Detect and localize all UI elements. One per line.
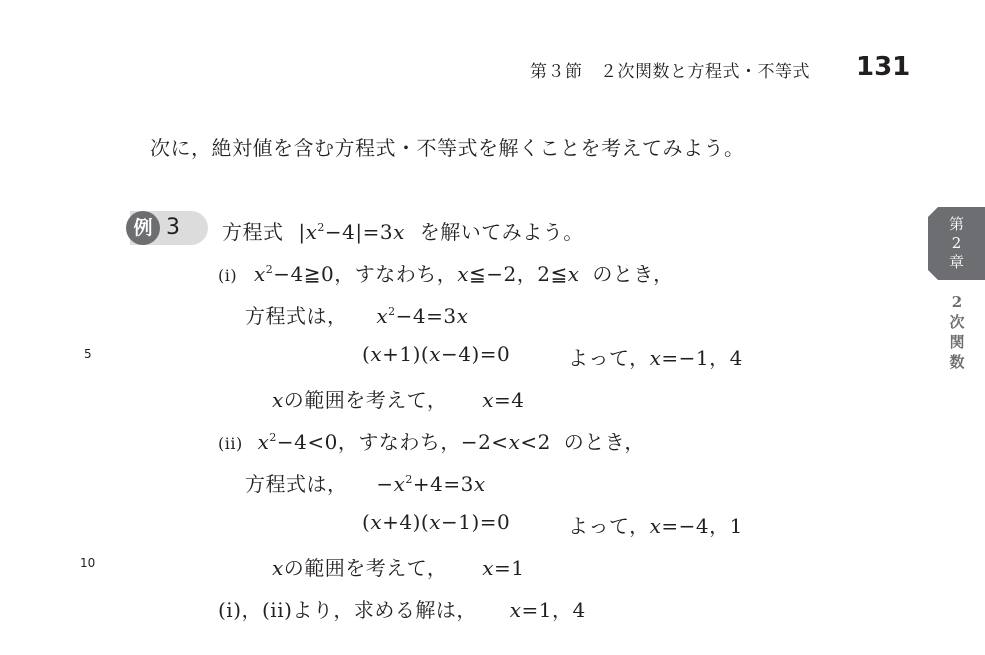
example-badge-number: 3 (166, 211, 180, 245)
case-i-connector: ，すなわち， (334, 262, 457, 286)
chapter-tab-char: 2 (952, 234, 962, 253)
case-i-factored: (x+1)(x−4)=0 (362, 342, 510, 366)
case-ii-equation: −x2+4=3x (376, 472, 485, 496)
case-ii-equation-line: 方程式は， −x2+4=3x (245, 468, 486, 497)
example-badge: 例 3 (130, 211, 208, 245)
case-ii-result-line: xの範囲を考えて， x=1 (272, 552, 525, 581)
title-suffix: を解いてみよう。 (420, 220, 584, 244)
case-i-inequality: x2−4≧0 (254, 262, 334, 286)
case-ii-therefore: よって， (568, 514, 650, 538)
chapter-tab: 第 2 章 (928, 207, 985, 280)
case-i-label: (i) (218, 266, 237, 285)
case-ii-range-check: の範囲を考えて， (284, 556, 448, 580)
case-i-eq-label: 方程式は， (245, 304, 348, 328)
chapter-subtitle-char: 数 (949, 352, 964, 372)
conclusion-text: (i)，(ii)より，求める解は， (218, 598, 477, 622)
example-title: 方程式 |x2−4|=3x を解いてみよう。 (222, 216, 584, 245)
section-header: 第３節 ２次関数と方程式・不等式 (530, 57, 810, 82)
case-i-factored-line: (x+1)(x−4)=0 (362, 342, 510, 366)
case-ii-connector: ，すなわち， (338, 430, 461, 454)
case-i-when: のとき， (592, 262, 673, 286)
case-ii-eq-label: 方程式は， (245, 472, 348, 496)
conclusion-answer: x=1，4 (510, 598, 586, 622)
page-number: 131 (856, 52, 910, 82)
title-prefix: 方程式 (222, 220, 284, 244)
case-i-range-check: の範囲を考えて， (284, 388, 448, 412)
case-i-therefore: よって， (568, 346, 650, 370)
case-ii-range: −2<x<2 (461, 430, 551, 454)
case-ii-when: のとき， (564, 430, 645, 454)
conclusion-line: (i)，(ii)より，求める解は， x=1，4 (218, 594, 586, 623)
title-equation: |x2−4|=3x (298, 220, 405, 244)
case-ii-factored-line: (x+4)(x−1)=0 (362, 510, 510, 534)
chapter-subtitle: 2 次 関 数 (942, 292, 972, 372)
case-i-result: x=4 (482, 388, 524, 412)
case-i-range: x≦−2，2≦x (457, 262, 579, 286)
chapter-subtitle-char: 次 (949, 312, 964, 332)
case-i-roots-line: よって，x=−1，4 (568, 342, 743, 371)
case-ii-roots-line: よって，x=−4，1 (568, 510, 743, 539)
case-i-equation: x2−4=3x (376, 304, 468, 328)
chapter-tab-char: 章 (949, 253, 964, 272)
case-ii-condition: (ii) x2−4<0，すなわち，−2<x<2 のとき， (218, 426, 645, 455)
case-i-condition: (i) x2−4≧0，すなわち，x≦−2，2≦x のとき， (218, 258, 674, 287)
chapter-tab-char: 第 (949, 215, 964, 234)
margin-line-number: 5 (84, 347, 92, 361)
example-badge-kanji: 例 (126, 211, 160, 245)
case-i-result-line: xの範囲を考えて， x=4 (272, 384, 525, 413)
chapter-subtitle-char: 2 (952, 292, 962, 312)
case-ii-inequality: x2−4<0 (258, 430, 338, 454)
chapter-subtitle-char: 関 (949, 332, 964, 352)
case-ii-factored: (x+4)(x−1)=0 (362, 510, 510, 534)
case-i-roots: x=−1，4 (650, 346, 743, 370)
case-ii-label: (ii) (218, 434, 243, 453)
intro-text: 次に，絶対値を含む方程式・不等式を解くことを考えてみよう。 (150, 132, 745, 161)
case-ii-roots: x=−4，1 (650, 514, 743, 538)
margin-line-number: 10 (80, 556, 95, 570)
case-i-equation-line: 方程式は， x2−4=3x (245, 300, 468, 329)
case-ii-result: x=1 (482, 556, 524, 580)
